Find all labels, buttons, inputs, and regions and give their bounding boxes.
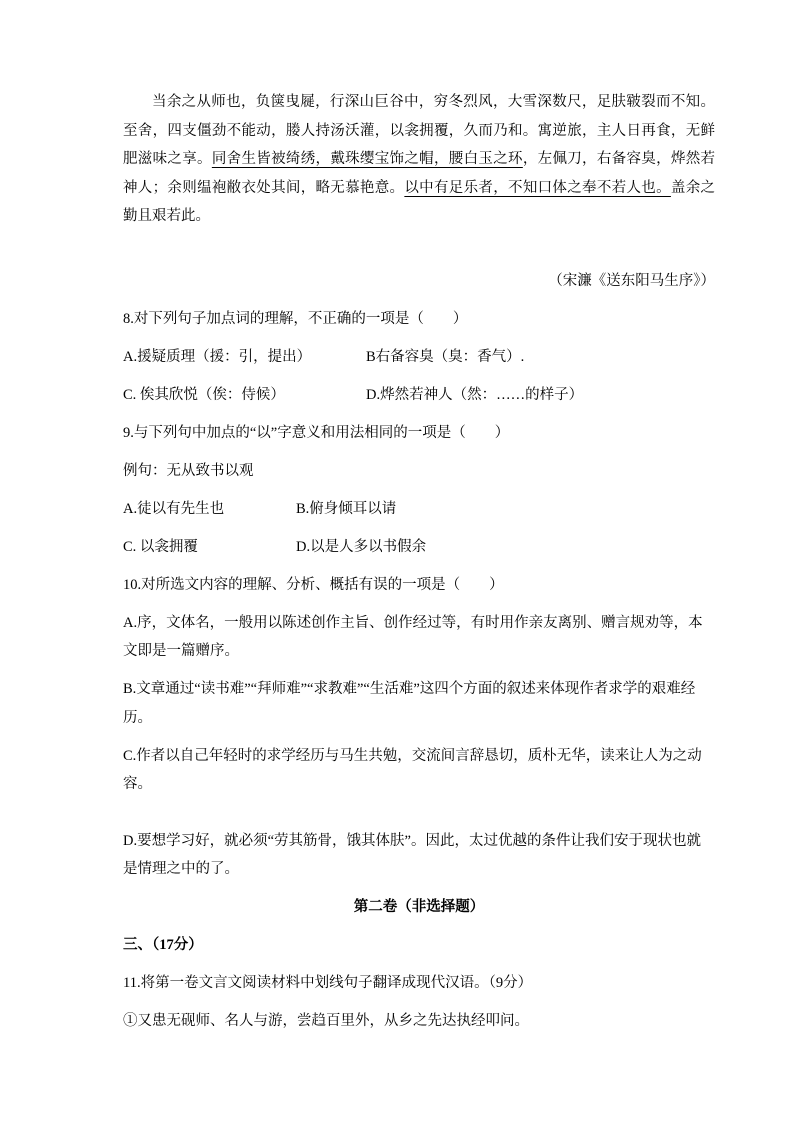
reading-passage: 当余之从师也，负箧曳屣，行深山巨谷中，穷冬烈风，大雪深数尺，足肤皲裂而不知。至舍… (123, 88, 715, 231)
question-8-option-d: D.烨然若神人（然：……的样子） (366, 381, 583, 410)
question-9-options-row-2: C. 以衾拥覆 D.以是人多以书假余 (123, 533, 715, 562)
question-10-option-d: D.要想学习好，就必须“劳其筋骨，饿其体肤”。因此，太过优越的条件让我们安于现状… (123, 827, 715, 884)
source-attribution: （宋濂《送东阳马生序》） (123, 267, 715, 296)
question-9-option-c: C. 以衾拥覆 (123, 533, 296, 562)
document-page: 当余之从师也，负箧曳屣，行深山巨谷中，穷冬烈风，大雪深数尺，足肤皲裂而不知。至舍… (0, 0, 794, 1123)
question-9-option-a: A.徒以有先生也 (123, 495, 296, 524)
translation-sentence-1: ①又患无砚师、名人与游，尝趋百里外，从乡之先达执经叩问。 (123, 1007, 715, 1036)
section-2-heading: 第二卷（非选择题） (123, 893, 715, 922)
question-9-options-row-1: A.徒以有先生也 B.俯身倾耳以请 (123, 495, 715, 524)
underlined-sentence-2: 以中有足乐者，不知口体之奉不若人也。 (404, 180, 671, 196)
question-11-stem: 11.将第一卷文言文阅读材料中划线句子翻译成现代汉语。（9分） (123, 969, 715, 998)
question-9-option-d: D.以是人多以书假余 (296, 533, 426, 562)
question-8-option-c: C. 俟其欣悦（俟：侍候） (123, 381, 366, 410)
question-8-option-a: A.援疑质理（援：引，提出） (123, 343, 366, 372)
question-10-option-b: B.文章通过“读书难”“拜师难”“求教难”“生活难”这四个方面的叙述来体现作者求… (123, 675, 715, 732)
question-8-stem: 8.对下列句子加点词的理解，不正确的一项是（ ） (123, 305, 715, 334)
question-10-option-c: C.作者以自己年轻时的求学经历与马生共勉，交流间言辞恳切，质朴无华，读来让人为之… (123, 742, 715, 799)
question-9-example: 例句：无从致书以观 (123, 457, 715, 486)
question-10-stem: 10.对所选文内容的理解、分析、概括有误的一项是（ ） (123, 571, 715, 600)
underlined-sentence-1: 同舍生皆被绮绣，戴珠缨宝饰之帽，腰白玉之环 (212, 151, 523, 167)
question-8-option-b: B右备容臭（臭：香气）. (366, 343, 524, 372)
question-10-option-a: A.序，文体名，一般用以陈述创作主旨、创作经过等，有时用作亲友离别、赠言规劝等，… (123, 609, 715, 666)
question-9-stem: 9.与下列句中加点的“以”字意义和用法相同的一项是（ ） (123, 419, 715, 448)
question-9-option-b: B.俯身倾耳以请 (296, 495, 396, 524)
part-3-label: 三、（17分） (123, 931, 715, 960)
question-8-options-row-2: C. 俟其欣悦（俟：侍候） D.烨然若神人（然：……的样子） (123, 381, 715, 410)
question-8-options-row-1: A.援疑质理（援：引，提出） B右备容臭（臭：香气）. (123, 343, 715, 372)
